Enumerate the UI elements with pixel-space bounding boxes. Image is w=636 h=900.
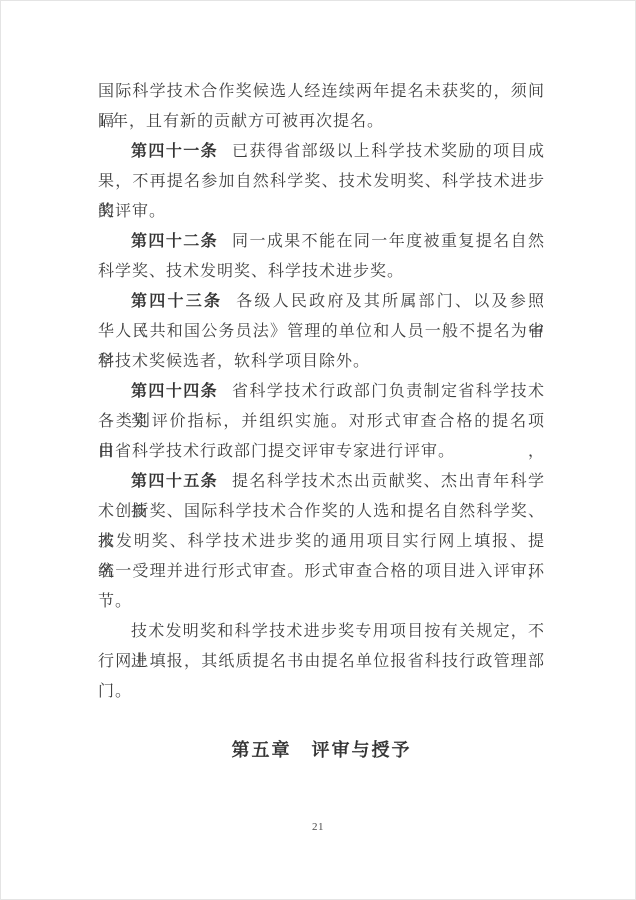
line-text: 已获得省部级以上科学技术奖励的项目成	[232, 143, 545, 160]
line-text: 科学奖、技术发明奖、科学技术进步奖。	[98, 263, 404, 280]
line-text: 由省科学技术行政部门提交评审专家进行评审。	[98, 443, 455, 460]
text-line: 1 年，且有新的贡献方可被再次提名。	[98, 107, 545, 137]
chapter-heading: 第五章 评审与授予	[98, 735, 545, 765]
text-line: 统一受理并进行形式审查。形式审查合格的项目进入评审环	[98, 557, 545, 587]
text-line: 术发明奖、科学技术进步奖的通用项目实行网上填报、提名，	[98, 527, 545, 557]
article-start-line: 第四十一条已获得省部级以上科学技术奖励的项目成	[98, 137, 545, 167]
article-start-line: 第四十四条省科学技术行政部门负责制定省科学技术奖	[98, 377, 545, 407]
article-number: 第四十五条	[131, 473, 218, 490]
article-number: 第四十三条	[131, 293, 222, 310]
article-number: 第四十四条	[131, 383, 218, 400]
document-body: 国际科学技术合作奖候选人经连续两年提名未获奖的，须间隔 1 年，且有新的贡献方可…	[1, 1, 635, 765]
article-start-line: 第四十三条各级人民政府及其所属部门、以及参照《中	[98, 287, 545, 317]
text-line: 国际科学技术合作奖候选人经连续两年提名未获奖的，须间隔	[98, 77, 545, 107]
page-number: 21	[1, 821, 635, 833]
article-number: 第四十一条	[131, 143, 218, 160]
text-line: 学技术奖候选者，软科学项目除外。	[98, 347, 545, 377]
text-line: 果，不再提名参加自然科学奖、技术发明奖、科学技术进步奖	[98, 167, 545, 197]
text-line: 行网上填报，其纸质提名书由提名单位报省科技行政管理部	[98, 647, 545, 677]
line-text: 同一成果不能在同一年度被重复提名自然	[232, 233, 545, 250]
article-start-line: 第四十二条同一成果不能在同一年度被重复提名自然	[98, 227, 545, 257]
article-start-line: 第四十五条提名科学技术杰出贡献奖、杰出青年科学技	[98, 467, 545, 497]
text-line: 术创新奖、国际科学技术合作奖的人选和提名自然科学奖、技	[98, 497, 545, 527]
line-text: 行网上填报，其纸质提名书由提名单位报省科技行政管理部	[98, 653, 545, 670]
line-text: 门。	[98, 683, 132, 700]
line-text: 节。	[98, 593, 132, 610]
text-line: 节。	[98, 587, 545, 617]
text-line: 各类别评价指标，并组织实施。对形式审查合格的提名项目，	[98, 407, 545, 437]
paragraph-start-line: 技术发明奖和科学技术进步奖专用项目按有关规定，不进	[98, 617, 545, 647]
text-line: 的评审。	[98, 197, 545, 227]
document-page: 国际科学技术合作奖候选人经连续两年提名未获奖的，须间隔 1 年，且有新的贡献方可…	[0, 0, 636, 900]
line-text: 的评审。	[98, 203, 166, 220]
text-line: 华人民共和国公务员法》管理的单位和人员一般不提名为省科	[98, 317, 545, 347]
line-text: 1 年，且有新的贡献方可被再次提名。	[98, 113, 384, 130]
article-number: 第四十二条	[131, 233, 218, 250]
text-line: 科学奖、技术发明奖、科学技术进步奖。	[98, 257, 545, 287]
line-text: 统一受理并进行形式审查。形式审查合格的项目进入评审环	[98, 563, 545, 580]
text-line: 门。	[98, 677, 545, 707]
line-text: 学技术奖候选者，软科学项目除外。	[98, 353, 370, 370]
